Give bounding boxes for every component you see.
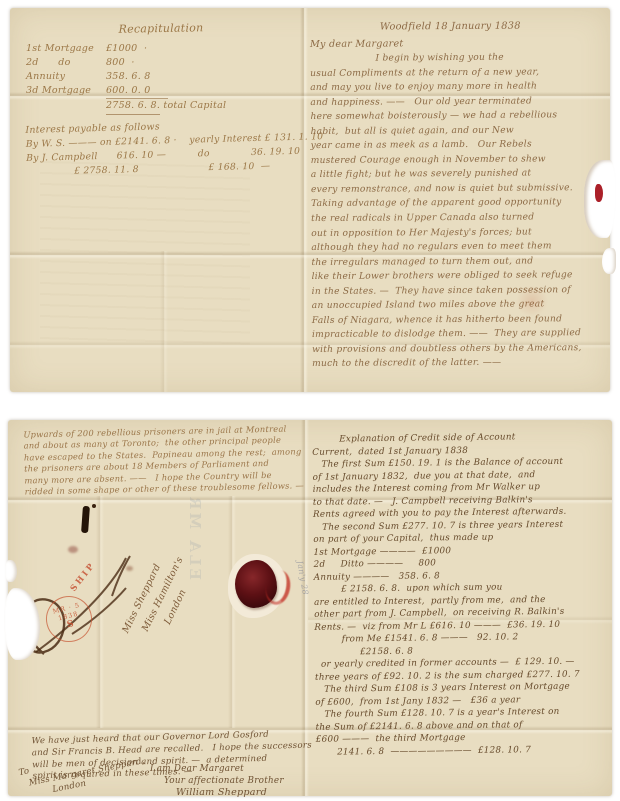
credit-lines: Explanation of Credit side of AccountCur… [312, 430, 614, 759]
total-amount: 2758. 6. 8. [106, 99, 160, 115]
row-amount: 800 · [106, 56, 168, 70]
row-label: 3d Mortgage [26, 84, 106, 98]
recapitulation-total: 2758. 6. 8. total Capital [106, 99, 302, 115]
letter-line: Taking advantage of the apparent good op… [311, 195, 605, 212]
letter-line: with provisions and doubtless others by … [312, 341, 606, 358]
row-amount: 600. 0. 0 [106, 84, 168, 99]
account-row: 3d Mortgage600. 0. 0 [26, 84, 302, 99]
signature-line: Your affectionate Brother [164, 776, 284, 788]
torn-edge [602, 248, 616, 274]
prisoners-lines: Upwards of 200 rebellious prisoners are … [23, 423, 332, 498]
showthrough-letters: ELA MR [186, 494, 204, 580]
ink-speck [92, 504, 96, 508]
row-label: Annuity [26, 70, 106, 84]
scanned-letter-page: { "colors": { "paper": "#e8ddc1", "ink_l… [0, 0, 620, 801]
interest-block: Interest payable as follows By W. S. ———… [25, 116, 326, 180]
signature-line: William Sheppard [176, 787, 284, 799]
row-label: 2d do [26, 56, 106, 70]
account-row: 1st Mortgage£1000 · [26, 42, 302, 56]
total-note: total Capital [160, 100, 226, 111]
letter-line: in the States. — They have since taken p… [312, 283, 606, 300]
ink-blot [81, 506, 90, 533]
interest-rows: By W. S. ——— on £2141. 6. 8 · yearly Int… [26, 130, 327, 180]
letter-body: I begin by wishing you theusual Complime… [310, 50, 606, 372]
red-smudge [68, 546, 78, 553]
recapitulation-title: Recapitulation [56, 20, 266, 37]
signoff-lines: I am Dear MargaretYour affectionate Brot… [150, 764, 284, 799]
prisoners-paragraph: Upwards of 200 rebellious prisoners are … [23, 423, 332, 498]
torn-edge [5, 560, 17, 582]
account-row: Annuity358. 6. 8 [26, 70, 302, 84]
row-label: 1st Mortgage [26, 42, 106, 56]
signature-line: I am Dear Margaret [150, 764, 284, 776]
wax-seal-remnant [595, 184, 603, 202]
red-smudge [126, 566, 133, 571]
letter-dateline: Woodfield 18 January 1838 [310, 19, 604, 35]
row-amount: 358. 6. 8 [106, 70, 168, 84]
row-amount: £1000 · [106, 42, 168, 56]
letter-sheet-back: Upwards of 200 rebellious prisoners are … [8, 420, 612, 796]
letter-page-one: Woodfield 18 January 1838 My dear Margar… [310, 19, 606, 372]
signature-block: I am Dear MargaretYour affectionate Brot… [150, 764, 284, 799]
letter-sheet-front: Recapitulation 1st Mortgage£1000 ·2d do8… [10, 8, 610, 392]
letter-line: much to the discredit of the latter. —— [312, 355, 606, 372]
fold-crease [160, 251, 168, 392]
recapitulation-block: Recapitulation 1st Mortgage£1000 ·2d do8… [26, 22, 302, 115]
credit-explanation-page: Explanation of Credit side of AccountCur… [312, 430, 614, 759]
fold-crease [228, 496, 236, 728]
recapitulation-rows: 1st Mortgage£1000 ·2d do800 ·Annuity358.… [26, 42, 302, 99]
account-row: 2d do800 · [26, 56, 302, 70]
